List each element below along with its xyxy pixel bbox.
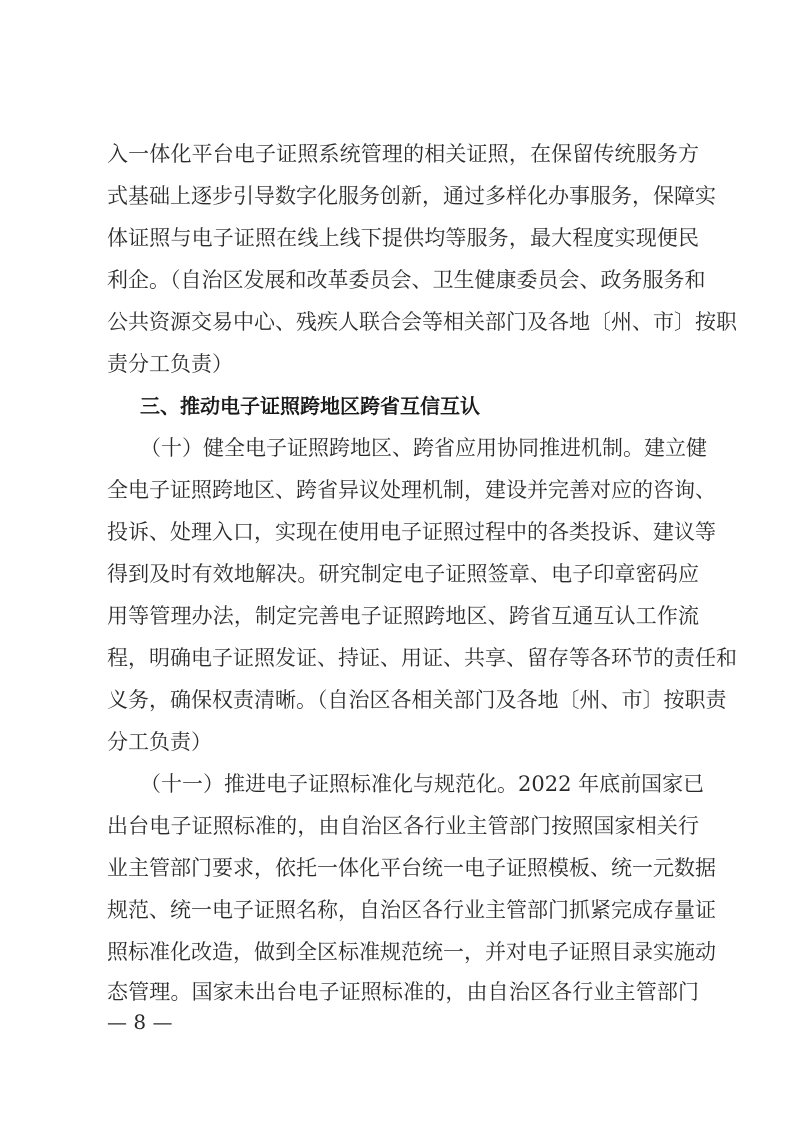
body-text-line: 全电子证照跨地区、跨省异议处理机制，建设并完善对应的咨询、 [107,475,699,505]
document-page: 入一体化平台电子证照系统管理的相关证照，在保留传统服务方 式基础上逐步引导数字化… [0,0,793,1122]
section-heading: 三、推动电子证照跨地区跨省互信互认 [140,391,480,421]
body-text-line: 得到及时有效地解决。研究制定电子证照签章、电子印章密码应 [107,559,699,589]
page-number: — 8 — [107,1008,172,1036]
body-text-line: 义务，确保权责清晰。（自治区各相关部门及各地〔州、市〕按职责 [107,685,699,715]
body-text-line: 态管理。国家未出台电子证照标准的，由自治区各行业主管部门 [107,977,699,1007]
body-text-line: 投诉、处理入口，实现在使用电子证照过程中的各类投诉、建议等 [107,517,699,547]
body-text-line: 利企。（自治区发展和改革委员会、卫生健康委员会、政务服务和 [107,265,699,295]
body-text-line: 责分工负责） [107,349,699,379]
body-text-line: 式基础上逐步引导数字化服务创新，通过多样化办事服务，保障实 [107,181,699,211]
body-text-line: 规范、统一电子证照名称，自治区各行业主管部门抓紧完成存量证 [107,895,699,925]
body-text-line: 出台电子证照标准的，由自治区各行业主管部门按照国家相关行 [107,811,699,841]
body-text-line: 程，明确电子证照发证、持证、用证、共享、留存等各环节的责任和 [107,643,699,673]
body-text-line: 业主管部门要求，依托一体化平台统一电子证照模板、统一元数据 [107,853,699,883]
body-text-line: 分工负责） [107,727,699,757]
body-text-line: 用等管理办法，制定完善电子证照跨地区、跨省互通互认工作流 [107,601,699,631]
body-text-line: 入一体化平台电子证照系统管理的相关证照，在保留传统服务方 [107,139,699,169]
body-text-line: 照标准化改造，做到全区标准规范统一，并对电子证照目录实施动 [107,937,699,967]
paragraph-first-line: （十一）推进电子证照标准化与规范化。2022 年底前国家已 [140,769,699,799]
body-text-line: 体证照与电子证照在线上线下提供均等服务，最大程度实现便民 [107,223,699,253]
paragraph-first-line: （十）健全电子证照跨地区、跨省应用协同推进机制。建立健 [140,433,699,463]
body-text-line: 公共资源交易中心、残疾人联合会等相关部门及各地〔州、市〕按职 [107,307,699,337]
